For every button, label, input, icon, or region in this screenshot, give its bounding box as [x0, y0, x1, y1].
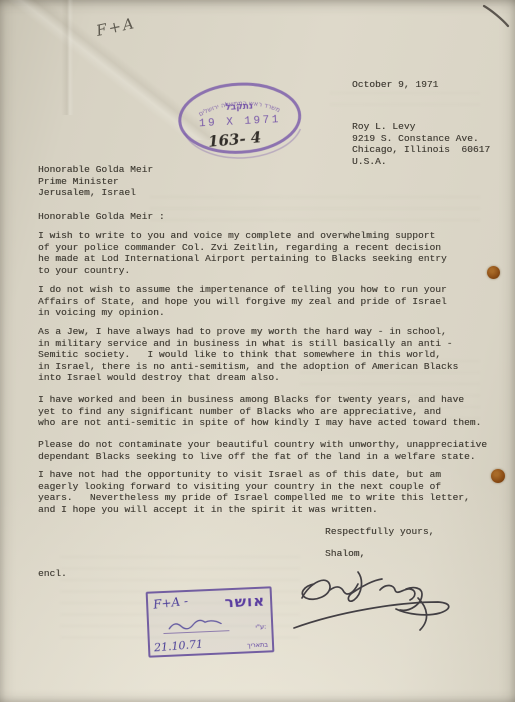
approval-handwritten-note: F+A -: [152, 594, 188, 612]
sender-line: Roy L. Levy: [352, 121, 415, 133]
approval-stamp-row: F+A - אושר: [153, 592, 266, 615]
rust-spot: [491, 469, 505, 483]
stamp-received-word: נתקבל: [225, 101, 253, 112]
body-paragraph: Please do not contaminate your beautiful…: [38, 439, 508, 462]
scanned-letter-page: F+A משרד ראש הממשלה ירושלים נתקבל 19 X 1…: [0, 0, 515, 702]
pen-stroke-mark: [478, 2, 514, 30]
closing-shalom: Shalom,: [325, 548, 365, 560]
approval-stamp-row: 21.10.71 בתאריך: [154, 635, 268, 653]
body-paragraph: As a Jew, I have always had to prove my …: [38, 326, 498, 384]
letter-date: October 9, 1971: [352, 79, 438, 91]
approval-date-label: בתאריך: [247, 640, 268, 649]
ink-bleed-through: [330, 92, 480, 114]
sender-line: Chicago, Illinois 60617: [352, 144, 490, 156]
stamp-file-number: 163- 4: [207, 128, 262, 151]
body-paragraph: I have not had the opportunity to visit …: [38, 469, 503, 515]
recipient-line: Honorable Golda Meir: [38, 164, 153, 176]
pencil-annotation: F+A: [95, 14, 138, 40]
recipient-line: Prime Minister: [38, 176, 119, 188]
approval-handwritten-date: 21.10.71: [154, 637, 204, 654]
sender-line: U.S.A.: [352, 156, 387, 168]
signature-line: [163, 630, 229, 634]
approval-stamp-row: ע"י:: [155, 615, 267, 636]
rust-spot: [487, 266, 500, 279]
closing-respectfully: Respectfully yours,: [325, 526, 434, 538]
recipient-line: Jerusalem, Israel: [38, 187, 136, 199]
received-stamp: משרד ראש הממשלה ירושלים נתקבל 19 X 1971 …: [174, 75, 314, 172]
stamp-date: 19 X 1971: [199, 114, 281, 130]
sender-line: 9219 S. Constance Ave.: [352, 133, 479, 145]
body-paragraph: I have worked and been in business among…: [38, 394, 503, 429]
enclosure-note: encl.: [38, 568, 67, 580]
body-paragraph: I do not wish to assume the impertenance…: [38, 284, 498, 319]
body-paragraph: I wish to write to you and voice my comp…: [38, 230, 498, 276]
paper-crease: [58, 0, 76, 115]
approval-by-label: ע"י:: [255, 623, 266, 631]
ink-bleed-through: [150, 196, 480, 222]
signature: [288, 562, 468, 647]
salutation: Honorable Golda Meir :: [38, 211, 165, 223]
approval-approved-word: אושר: [224, 592, 265, 612]
approval-stamp: F+A - אושר ע"י: 21.10.71 בתאריך: [146, 586, 275, 657]
